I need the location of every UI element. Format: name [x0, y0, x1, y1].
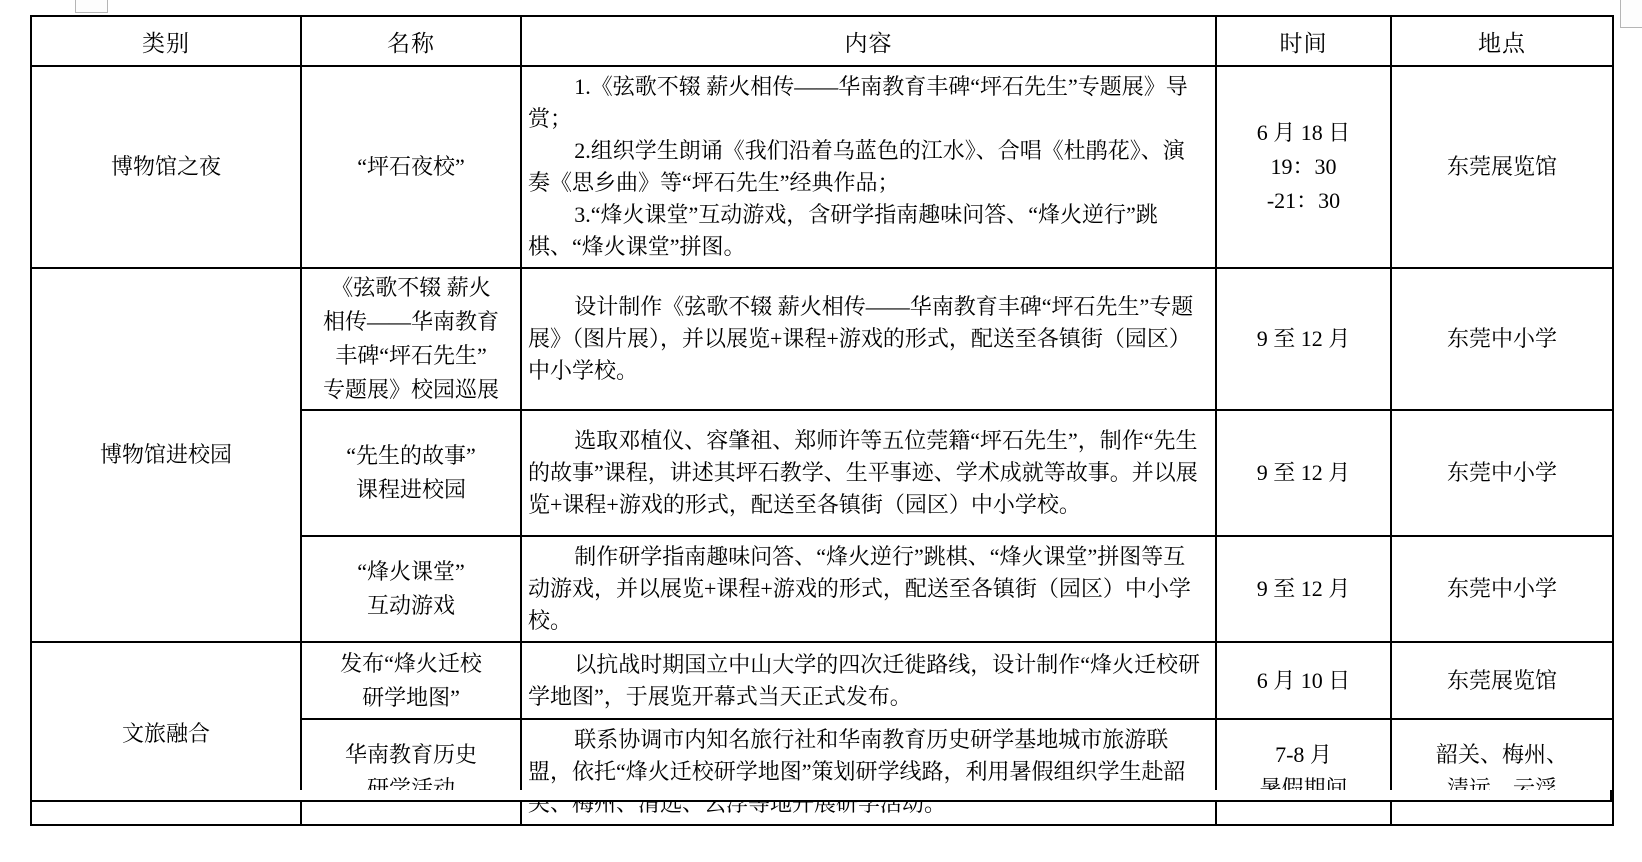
- header-category: 类别: [31, 16, 301, 66]
- text-line: 课程进校园: [306, 473, 516, 507]
- text-line: 3.“烽火课堂”互动游戏，含研学指南趣味问答、“烽火逆行”跳棋、“烽火课堂”拼图…: [528, 199, 1205, 263]
- text-line: 设计制作《弦歌不辍 薪火相传——华南教育丰碑“坪石先生”专题展》（图片展），并以…: [528, 291, 1205, 387]
- document-page: 类别 名称 内容 时间 地点 博物馆之夜 “坪石夜校” 1.《弦歌不辍 薪火相传…: [0, 0, 1642, 862]
- header-time: 时间: [1216, 16, 1391, 66]
- text-line: “坪石夜校”: [306, 150, 516, 184]
- table-row: 博物馆之夜 “坪石夜校” 1.《弦歌不辍 薪火相传——华南教育丰碑“坪石先生”专…: [31, 66, 1613, 268]
- cell-location: 东莞中小学: [1391, 410, 1613, 536]
- table-row: 文旅融合 发布“烽火迁校研学地图” 以抗战时期国立中山大学的四次迁徙路线，设计制…: [31, 642, 1613, 719]
- text-line: 丰碑“坪石先生”: [306, 339, 516, 373]
- text-line: 制作研学指南趣味问答、“烽火逆行”跳棋、“烽火课堂”拼图等互动游戏，并以展览+课…: [528, 541, 1205, 637]
- cell-content: 1.《弦歌不辍 薪火相传——华南教育丰碑“坪石先生”专题展》导赏；2.组织学生朗…: [521, 66, 1216, 268]
- cell-content: 联系协调市内知名旅行社和华南教育历史研学基地城市旅游联盟，依托“烽火迁校研学地图…: [521, 719, 1216, 825]
- cell-location: 东莞中小学: [1391, 268, 1613, 410]
- text-line: “烽火课堂”: [306, 555, 516, 589]
- cell-content: 选取邓植仪、容肇祖、郑师许等五位莞籍“坪石先生”，制作“先生的故事”课程，讲述其…: [521, 410, 1216, 536]
- cell-location: 东莞展览馆: [1391, 66, 1613, 268]
- cell-name: “先生的故事”课程进校园: [301, 410, 521, 536]
- text-line: -21：30: [1221, 184, 1386, 218]
- text-line: 19：30: [1221, 150, 1386, 184]
- cell-location: 东莞中小学: [1391, 536, 1613, 642]
- cell-time: 9 至 12 月: [1216, 410, 1391, 536]
- cell-name: “坪石夜校”: [301, 66, 521, 268]
- cell-category: 博物馆进校园: [31, 268, 301, 642]
- text-line: 东莞中小学: [1396, 572, 1608, 606]
- text-line: 发布“烽火迁校: [306, 647, 516, 681]
- text-line: 东莞中小学: [1396, 456, 1608, 490]
- text-line: 《弦歌不辍 薪火: [306, 271, 516, 305]
- header-row: 类别 名称 内容 时间 地点: [31, 16, 1613, 66]
- cell-name: “烽火课堂”互动游戏: [301, 536, 521, 642]
- text-line: 互动游戏: [306, 589, 516, 623]
- cell-content: 以抗战时期国立中山大学的四次迁徙路线，设计制作“烽火迁校研学地图”，于展览开幕式…: [521, 642, 1216, 719]
- activity-schedule-table: 类别 名称 内容 时间 地点 博物馆之夜 “坪石夜校” 1.《弦歌不辍 薪火相传…: [30, 15, 1614, 826]
- text-line: 6 月 18 日: [1221, 116, 1386, 150]
- text-line: 东莞展览馆: [1396, 664, 1608, 698]
- cell-time: 7-8 月暑假期间: [1216, 719, 1391, 825]
- text-line: 韶关、梅州、: [1396, 738, 1608, 772]
- text-line: 东莞中小学: [1396, 322, 1608, 356]
- header-content: 内容: [521, 16, 1216, 66]
- cell-name: 发布“烽火迁校研学地图”: [301, 642, 521, 719]
- text-line: “先生的故事”: [306, 439, 516, 473]
- cell-content: 设计制作《弦歌不辍 薪火相传——华南教育丰碑“坪石先生”专题展》（图片展），并以…: [521, 268, 1216, 410]
- text-line: 9 至 12 月: [1221, 322, 1386, 356]
- text-line: 联系协调市内知名旅行社和华南教育历史研学基地城市旅游联盟，依托“烽火迁校研学地图…: [528, 724, 1205, 820]
- text-line: 研学地图”: [306, 681, 516, 715]
- text-line: 选取邓植仪、容肇祖、郑师许等五位莞籍“坪石先生”，制作“先生的故事”课程，讲述其…: [528, 425, 1205, 521]
- text-line: 7-8 月: [1221, 738, 1386, 772]
- cell-time: 6 月 18 日19：30-21：30: [1216, 66, 1391, 268]
- next-row-cutoff-sliver: [30, 790, 1612, 802]
- text-line: 9 至 12 月: [1221, 456, 1386, 490]
- text-line: 1.《弦歌不辍 薪火相传——华南教育丰碑“坪石先生”专题展》导赏；: [528, 71, 1205, 135]
- cell-category: 博物馆之夜: [31, 66, 301, 268]
- text-line: 2.组织学生朗诵《我们沿着乌蓝色的江水》、合唱《杜鹃花》、演奏《思乡曲》等“坪石…: [528, 135, 1205, 199]
- cell-location: 东莞展览馆: [1391, 642, 1613, 719]
- cell-location: 韶关、梅州、清远、云浮: [1391, 719, 1613, 825]
- cell-time: 6 月 10 日: [1216, 642, 1391, 719]
- cell-content: 制作研学指南趣味问答、“烽火逆行”跳棋、“烽火课堂”拼图等互动游戏，并以展览+课…: [521, 536, 1216, 642]
- page-edge-artifact-right: [1620, 0, 1642, 28]
- text-line: 东莞展览馆: [1396, 150, 1608, 184]
- text-line: 相传——华南教育: [306, 305, 516, 339]
- cell-time: 9 至 12 月: [1216, 268, 1391, 410]
- page-edge-artifact-left: [75, 0, 108, 13]
- table-row: 博物馆进校园 《弦歌不辍 薪火相传——华南教育丰碑“坪石先生”专题展》校园巡展 …: [31, 268, 1613, 410]
- header-name: 名称: [301, 16, 521, 66]
- text-line: 9 至 12 月: [1221, 572, 1386, 606]
- cell-time: 9 至 12 月: [1216, 536, 1391, 642]
- cell-name: 《弦歌不辍 薪火相传——华南教育丰碑“坪石先生”专题展》校园巡展: [301, 268, 521, 410]
- text-line: 华南教育历史: [306, 738, 516, 772]
- cell-name: 华南教育历史研学活动: [301, 719, 521, 825]
- text-line: 以抗战时期国立中山大学的四次迁徙路线，设计制作“烽火迁校研学地图”，于展览开幕式…: [528, 649, 1205, 713]
- text-line: 专题展》校园巡展: [306, 373, 516, 407]
- header-location: 地点: [1391, 16, 1613, 66]
- text-line: 6 月 10 日: [1221, 664, 1386, 698]
